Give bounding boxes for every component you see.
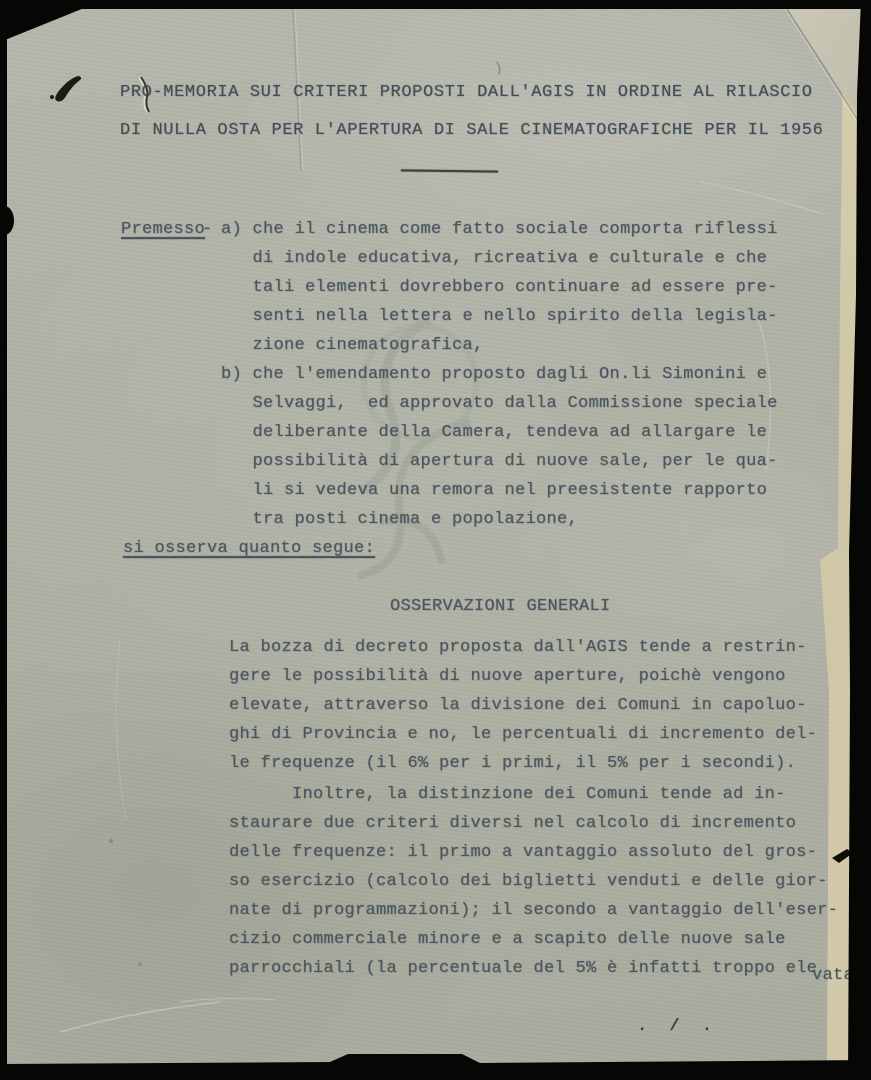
general-observations-paragraph-1: La bozza di decreto proposta dall'AGIS t… — [229, 633, 817, 778]
clause-a-text: a) che il cinema come fatto sociale comp… — [221, 215, 778, 360]
scan-border-top — [0, 0, 871, 9]
clause-b-text: b) che l'emendamento proposto dagli On.l… — [221, 360, 778, 534]
scanned-document-page: PRO-MEMORIA SUI CRITERI PROPOSTI DALL'AG… — [0, 0, 871, 1080]
scan-border-left — [0, 0, 7, 1080]
general-observations-paragraph-2: Inoltre, la distinzione dei Comuni tende… — [229, 780, 838, 983]
si-osserva-line: si osserva quanto segue: — [123, 534, 375, 563]
continuation-mark: . / . — [637, 1012, 718, 1041]
premesso-dash: - — [202, 215, 213, 244]
document-title-line-1: PRO-MEMORIA SUI CRITERI PROPOSTI DALL'AG… — [120, 78, 813, 107]
document-title-line-2: DI NULLA OSTA PER L'APERTURA DI SALE CIN… — [120, 116, 823, 145]
ink-blot — [55, 76, 81, 101]
premesso-label: Premesso — [121, 215, 205, 244]
section-heading: OSSERVAZIONI GENERALI — [390, 592, 611, 621]
